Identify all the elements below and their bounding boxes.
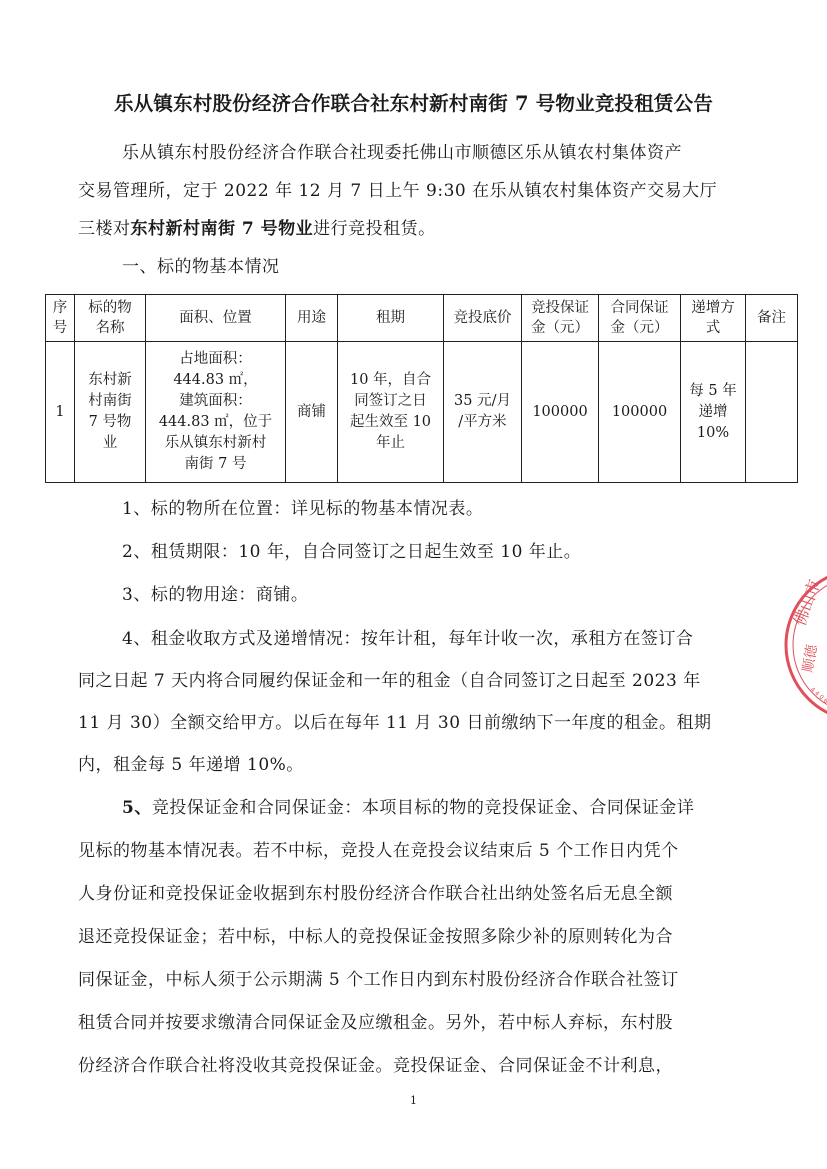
svg-text:顺德: 顺德	[800, 642, 821, 673]
property-info-table: 序号 标的物名称 面积、位置 用途 租期 竞投底价 竞投保证金（元） 合同保证金…	[45, 294, 798, 483]
item-1: 1、标的物所在位置：详见标的物基本情况表。	[78, 494, 483, 519]
item-5-number: 5、	[122, 798, 152, 818]
item-5-line-3: 人身份证和竞投保证金收据到东村股份经济合作联合社出纳处签名后无息全额	[78, 879, 673, 904]
header-contract-deposit: 合同保证金（元）	[599, 295, 681, 342]
item-5-line-6: 租赁合同并按要求缴清合同保证金及应缴租金。另外，若中标人弃标，东村股	[78, 1008, 673, 1033]
header-term: 租期	[338, 295, 444, 342]
cell-area-location: 占地面积： 444.83 ㎡， 建筑面积： 444.83 ㎡，位于 乐从镇东村新…	[146, 342, 286, 483]
item-3: 3、标的物用途：商铺。	[78, 580, 308, 605]
cell-base-price: 35 元/月 /平方米	[444, 342, 522, 483]
item-5-line-7: 份经济合作联合社将没收其竞投保证金。竞投保证金、合同保证金不计利息，	[78, 1051, 673, 1076]
item-5-line-5: 同保证金，中标人须于公示期满 5 个工作日内到东村股份经济合作联合社签订	[78, 965, 679, 990]
cell-name: 东村新 村南街 7 号物 业	[75, 342, 146, 483]
item-4-line-4: 内，租金每 5 年递增 10%。	[78, 750, 304, 775]
item-2: 2、租赁期限：10 年，自合同签订之日起生效至 10 年止。	[78, 537, 581, 562]
intro-suffix: 进行竞投租赁。	[313, 219, 436, 239]
table-row: 1 东村新 村南街 7 号物 业 占地面积： 444.83 ㎡， 建筑面积： 4…	[46, 342, 798, 483]
cell-contract-deposit: 100000	[599, 342, 681, 483]
intro-line-1: 乐从镇东村股份经济合作联合社现委托佛山市顺德区乐从镇农村集体资产	[78, 138, 682, 163]
header-name: 标的物名称	[75, 295, 146, 342]
property-name-bold: 东村新村南街 7 号物业	[131, 219, 314, 239]
header-base-price: 竞投底价	[444, 295, 522, 342]
svg-text:佛山市: 佛山市	[790, 577, 824, 629]
cell-bid-deposit: 100000	[522, 342, 599, 483]
item-5-line-1: 5、竞投保证金和合同保证金：本项目标的物的竞投保证金、合同保证金详	[78, 793, 694, 818]
header-remark: 备注	[746, 295, 798, 342]
header-area-location: 面积、位置	[146, 295, 286, 342]
official-seal-icon: 佛山市 顺德 4 4 0 6	[782, 565, 827, 725]
cell-increase: 每 5 年 递增 10%	[681, 342, 746, 483]
table-header-row: 序号 标的物名称 面积、位置 用途 租期 竞投底价 竞投保证金（元） 合同保证金…	[46, 295, 798, 342]
header-usage: 用途	[286, 295, 338, 342]
cell-remark	[746, 342, 798, 483]
item-4-line-1: 4、租金收取方式及递增情况：按年计租，每年计收一次，承租方在签订合	[78, 624, 693, 649]
item-4-line-3: 11 月 30）全额交给甲方。以后在每年 11 月 30 日前缴纳下一年度的租金…	[78, 708, 711, 733]
page-number: 1	[0, 1094, 827, 1107]
cell-term: 10 年，自合 同签订之日 起生效至 10 年止	[338, 342, 444, 483]
item-5-line-2: 见标的物基本情况表。若不中标，竞投人在竞投会议结束后 5 个工作日内凭个	[78, 836, 679, 861]
cell-index: 1	[46, 342, 75, 483]
cell-usage: 商铺	[286, 342, 338, 483]
section-heading: 一、标的物基本情况	[78, 252, 280, 277]
item-4-line-2: 同之日起 7 天内将合同履约保证金和一年的租金（自合同签订之日起至 2023 年	[78, 666, 701, 691]
intro-line-2: 交易管理所，定于 2022 年 12 月 7 日上午 9:30 在乐从镇农村集体…	[78, 176, 717, 201]
header-increase: 递增方式	[681, 295, 746, 342]
item-5-line-4: 退还竞投保证金；若中标，中标人的竞投保证金按照多除少补的原则转化为合	[78, 922, 673, 947]
header-index: 序号	[46, 295, 75, 342]
intro-prefix: 三楼对	[78, 219, 131, 239]
intro-line-3: 三楼对东村新村南街 7 号物业进行竞投租赁。	[78, 214, 436, 239]
document-title: 乐从镇东村股份经济合作联合社东村新村南街 7 号物业竞投租赁公告	[0, 88, 827, 116]
header-bid-deposit: 竞投保证金（元）	[522, 295, 599, 342]
